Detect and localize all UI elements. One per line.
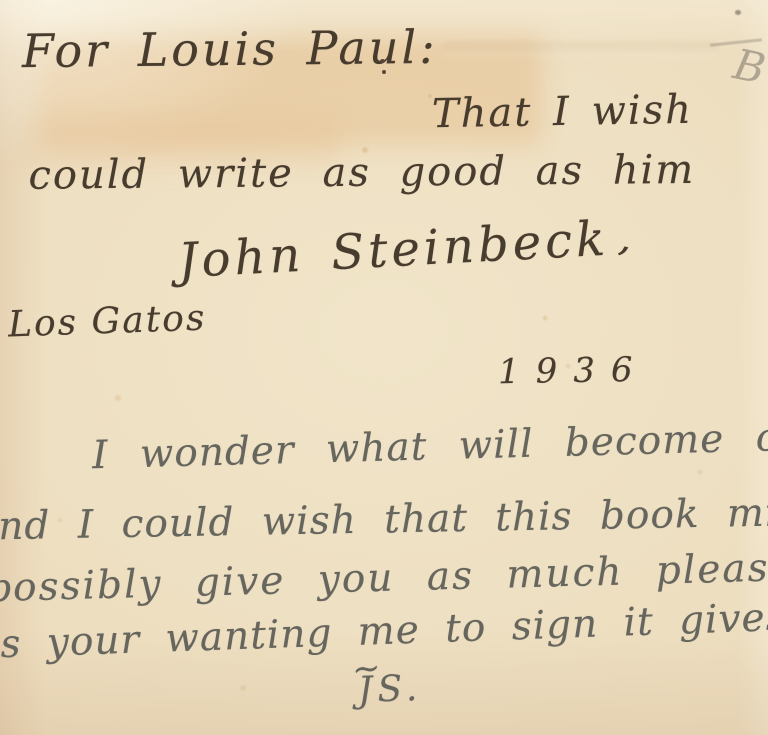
inscription-wish-line: That I wish bbox=[432, 90, 694, 135]
steinbeck-signature: John Steinbeck bbox=[177, 215, 610, 286]
inscription-write-line: I could write as good as him bbox=[0, 150, 695, 196]
note-line-1: I wonder what will become of us bbox=[92, 416, 768, 475]
signature-tick-mark: ’ bbox=[609, 241, 631, 283]
place-los-gatos: Los Gatos bbox=[7, 301, 206, 344]
year-1936: 1936 bbox=[498, 353, 649, 390]
paper-speck bbox=[735, 10, 741, 15]
note-line-4: as your wanting me to sign it gives bbox=[0, 598, 768, 665]
ink-speck bbox=[382, 70, 386, 74]
manuscript-page: For Louis Paul: That I wish I could writ… bbox=[0, 0, 768, 735]
pencil-collector-mark: B bbox=[730, 43, 768, 91]
initials-js: JS. bbox=[357, 671, 422, 709]
blind-stamp bbox=[440, 42, 720, 58]
note-line-2: and I could wish that this book might bbox=[0, 492, 768, 546]
dedication-line: For Louis Paul: bbox=[22, 24, 438, 74]
ink-speck bbox=[380, 59, 385, 63]
